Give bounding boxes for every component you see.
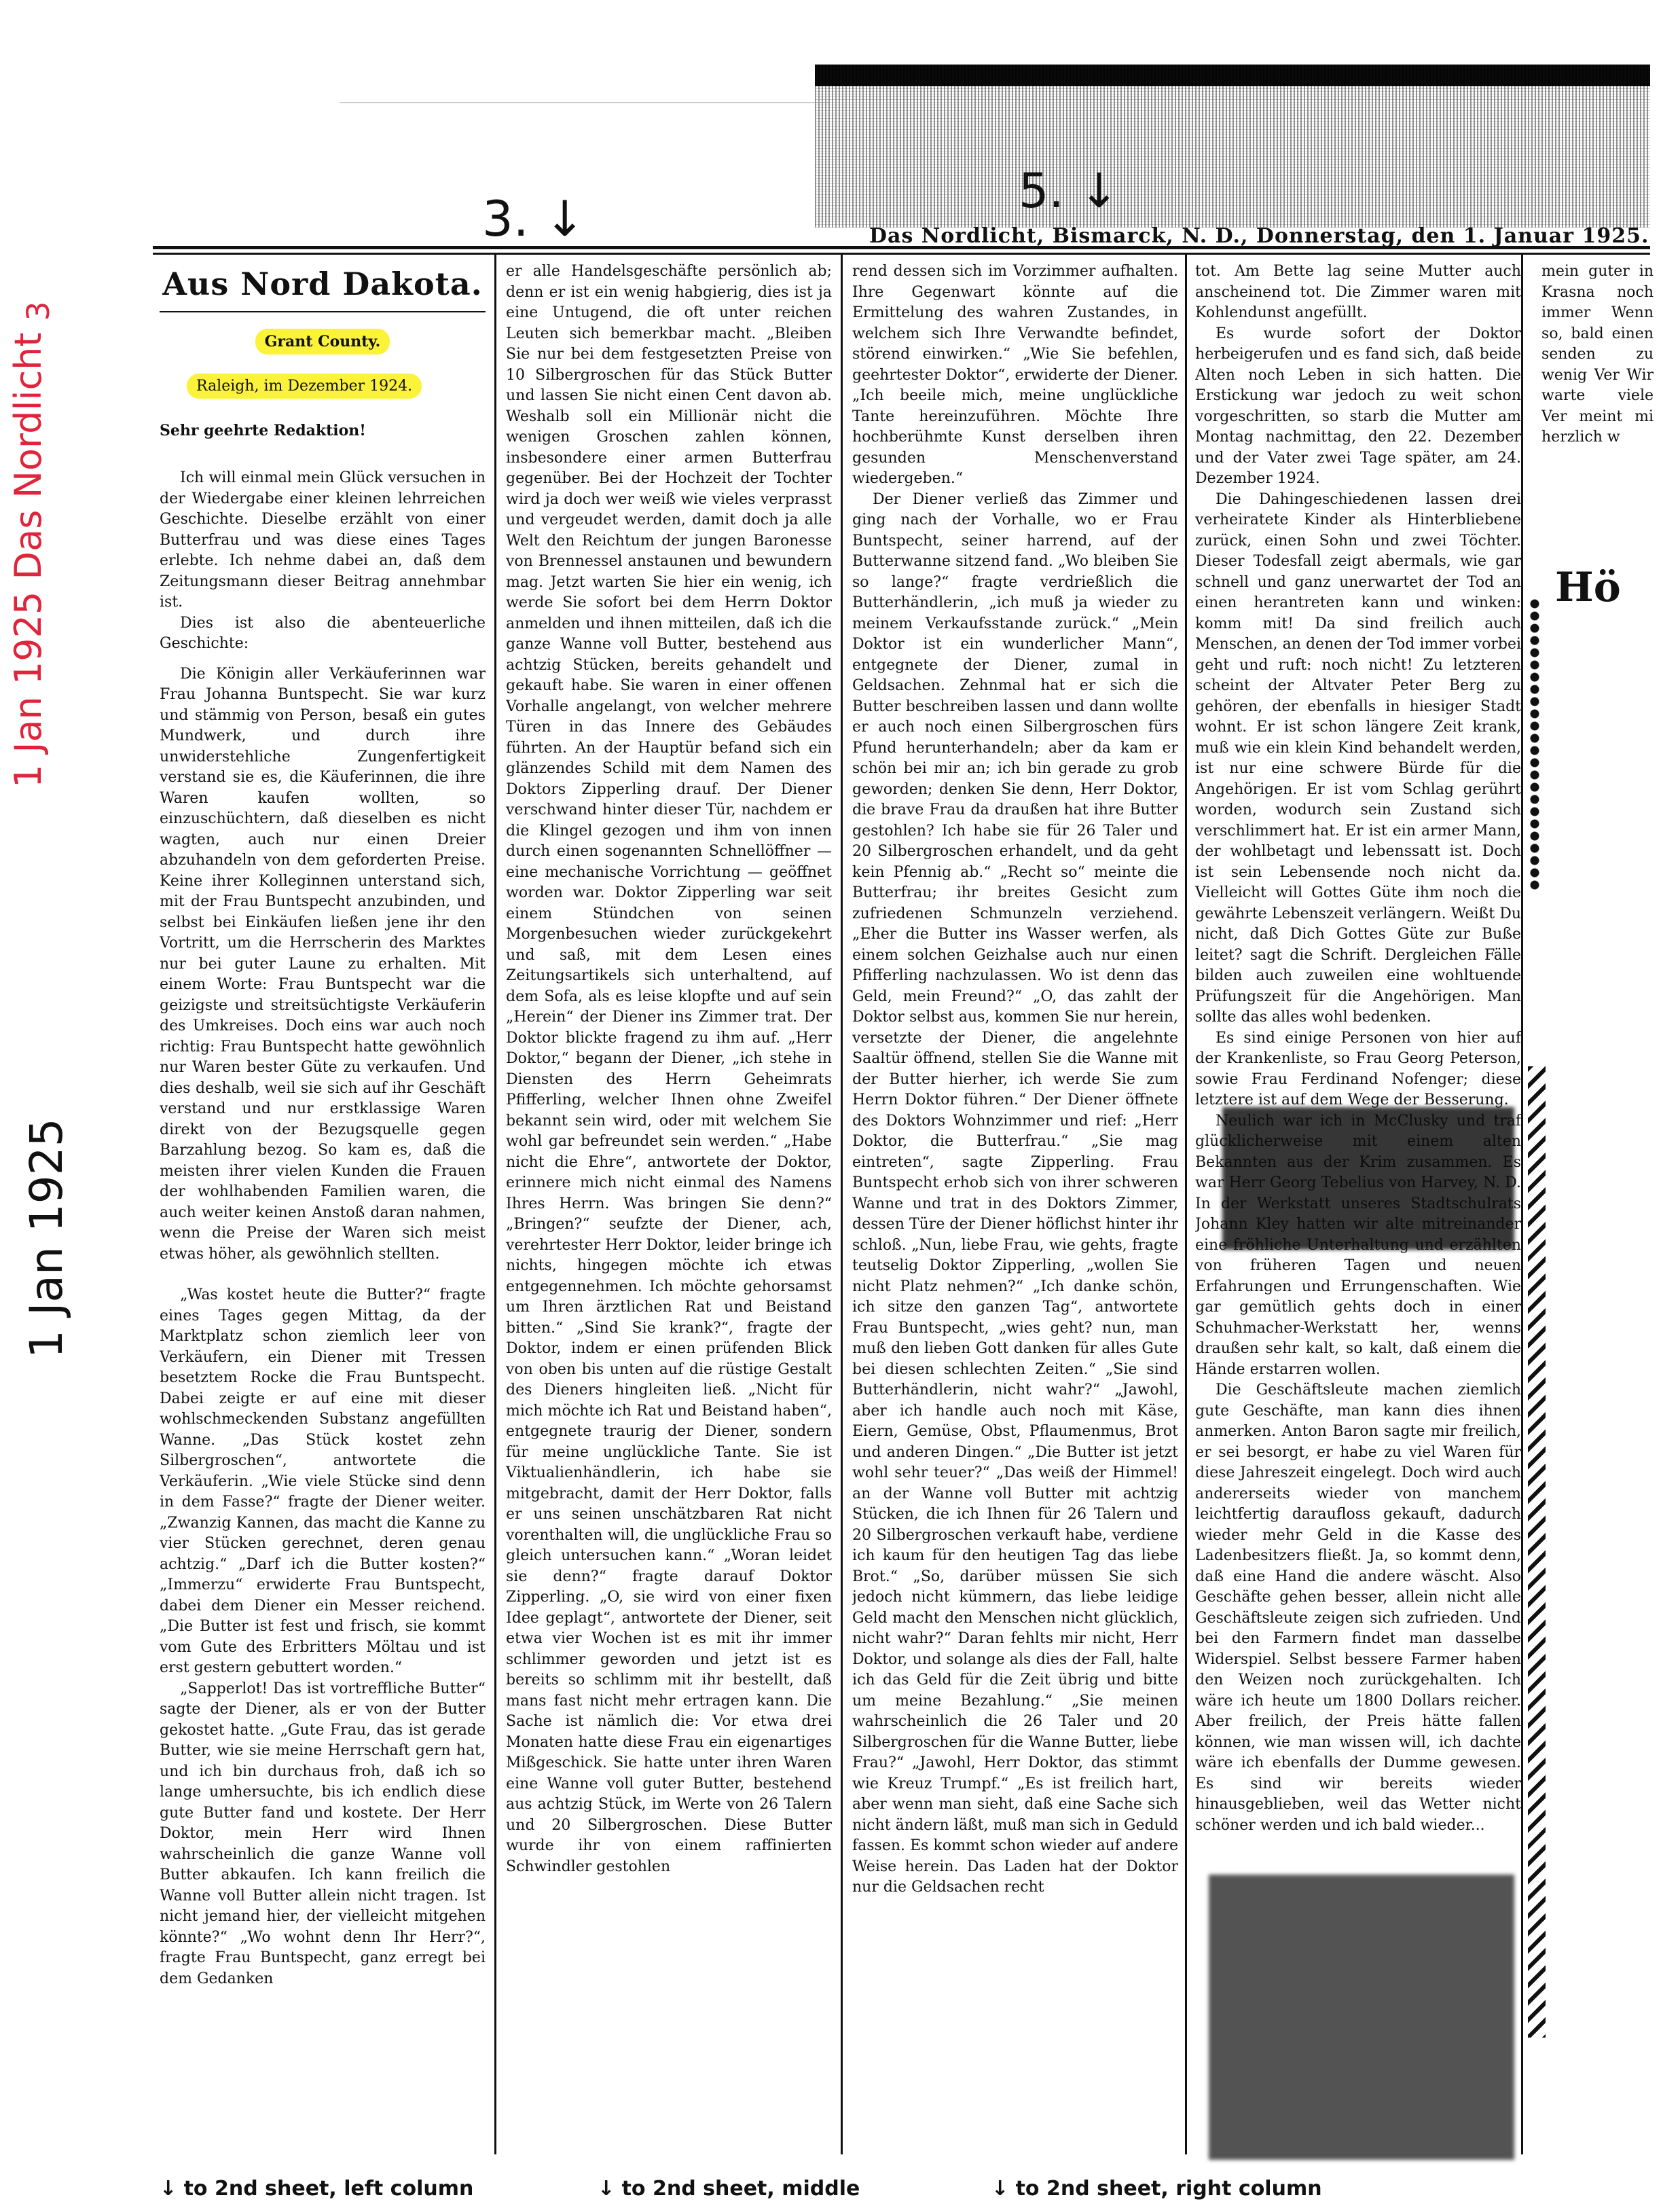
column-number: 5.: [1019, 163, 1064, 219]
source-note: 1 Jan 1925 Das Nordlicht 3: [7, 302, 56, 788]
paragraph: „Sapperlot! Das ist vortreffliche Butter…: [160, 1679, 486, 1990]
top-faint-rule: [340, 102, 828, 103]
ornament-border: [1528, 598, 1541, 890]
down-arrow-icon: ↓: [545, 190, 585, 247]
paragraph: rend dessen sich im Vorzimmer aufhalten.…: [852, 261, 1178, 490]
continuation-note-right: ↓ to 2nd sheet, right column: [991, 2177, 1322, 2201]
paragraph: Es wurde sofort der Doktor herbeigerufen…: [1195, 324, 1521, 490]
masthead-rule: [153, 246, 1650, 249]
continuation-note-left: ↓ to 2nd sheet, left column: [160, 2177, 473, 2201]
paragraph: Dies ist also die abenteuerliche Geschic…: [160, 613, 486, 655]
column-marker-5: 5. ↓: [1019, 163, 1119, 219]
scan-smudge: [1209, 1875, 1514, 2160]
article-column-2: er alle Handelsgeschäfte persönlich ab; …: [506, 261, 832, 2156]
masthead-rule-thin: [153, 253, 1650, 255]
scan-noise-band: [815, 65, 1650, 228]
section-title: Aus Nord Dakota.: [160, 274, 486, 295]
paragraph: Es sind einige Personen von hier auf der…: [1195, 1028, 1521, 1111]
headline-rule: [160, 311, 486, 312]
county-heading: Grant County.: [160, 331, 486, 353]
paragraph: mein guter in Krasna noch immer Wenn so,…: [1541, 261, 1654, 448]
column-divider: [1185, 253, 1187, 2154]
paragraph: Die Dahingeschiedenen lassen drei verhei…: [1195, 490, 1521, 1028]
continuation-note-middle: ↓ to 2nd sheet, middle: [598, 2177, 860, 2201]
paragraph: Die Königin aller Verkäuferinnen war Fra…: [160, 664, 486, 1265]
date-note: 1 Jan 1925: [20, 1118, 73, 1358]
paragraph: Die Geschäftsleute machen ziemlich gute …: [1195, 1380, 1521, 1836]
column-number: 3.: [482, 190, 529, 247]
paragraph: Ich will einmal mein Glück versuchen in …: [160, 468, 486, 613]
paragraph: „Was kostet heute die Butter?“ fragte ei…: [160, 1285, 486, 1679]
article-column-5: mein guter in Krasna noch immer Wenn so,…: [1541, 261, 1654, 2156]
column-divider: [1521, 253, 1523, 2154]
masthead: Das Nordlicht, Bismarck, N. D., Donnerst…: [869, 224, 1649, 248]
article-column-1: Aus Nord Dakota. Grant County. Raleigh, …: [160, 261, 486, 2156]
column-marker-3: 3. ↓: [482, 190, 585, 247]
dateline: Raleigh, im Dezember 1924.: [160, 376, 486, 397]
column-divider: [841, 253, 843, 2154]
article-column-3: rend dessen sich im Vorzimmer aufhalten.…: [852, 261, 1178, 2156]
paragraph: tot. Am Bette lag seine Mutter auch ansc…: [1195, 261, 1521, 324]
down-arrow-icon: ↓: [1079, 163, 1119, 219]
salutation: Sehr geehrte Redaktion!: [160, 420, 486, 441]
scan-smudge: [1222, 1107, 1514, 1250]
paragraph: Der Diener verließ das Zimmer und ging n…: [852, 490, 1178, 1898]
column-divider: [494, 253, 496, 2154]
paragraph: er alle Handelsgeschäfte persönlich ab; …: [506, 261, 832, 1877]
